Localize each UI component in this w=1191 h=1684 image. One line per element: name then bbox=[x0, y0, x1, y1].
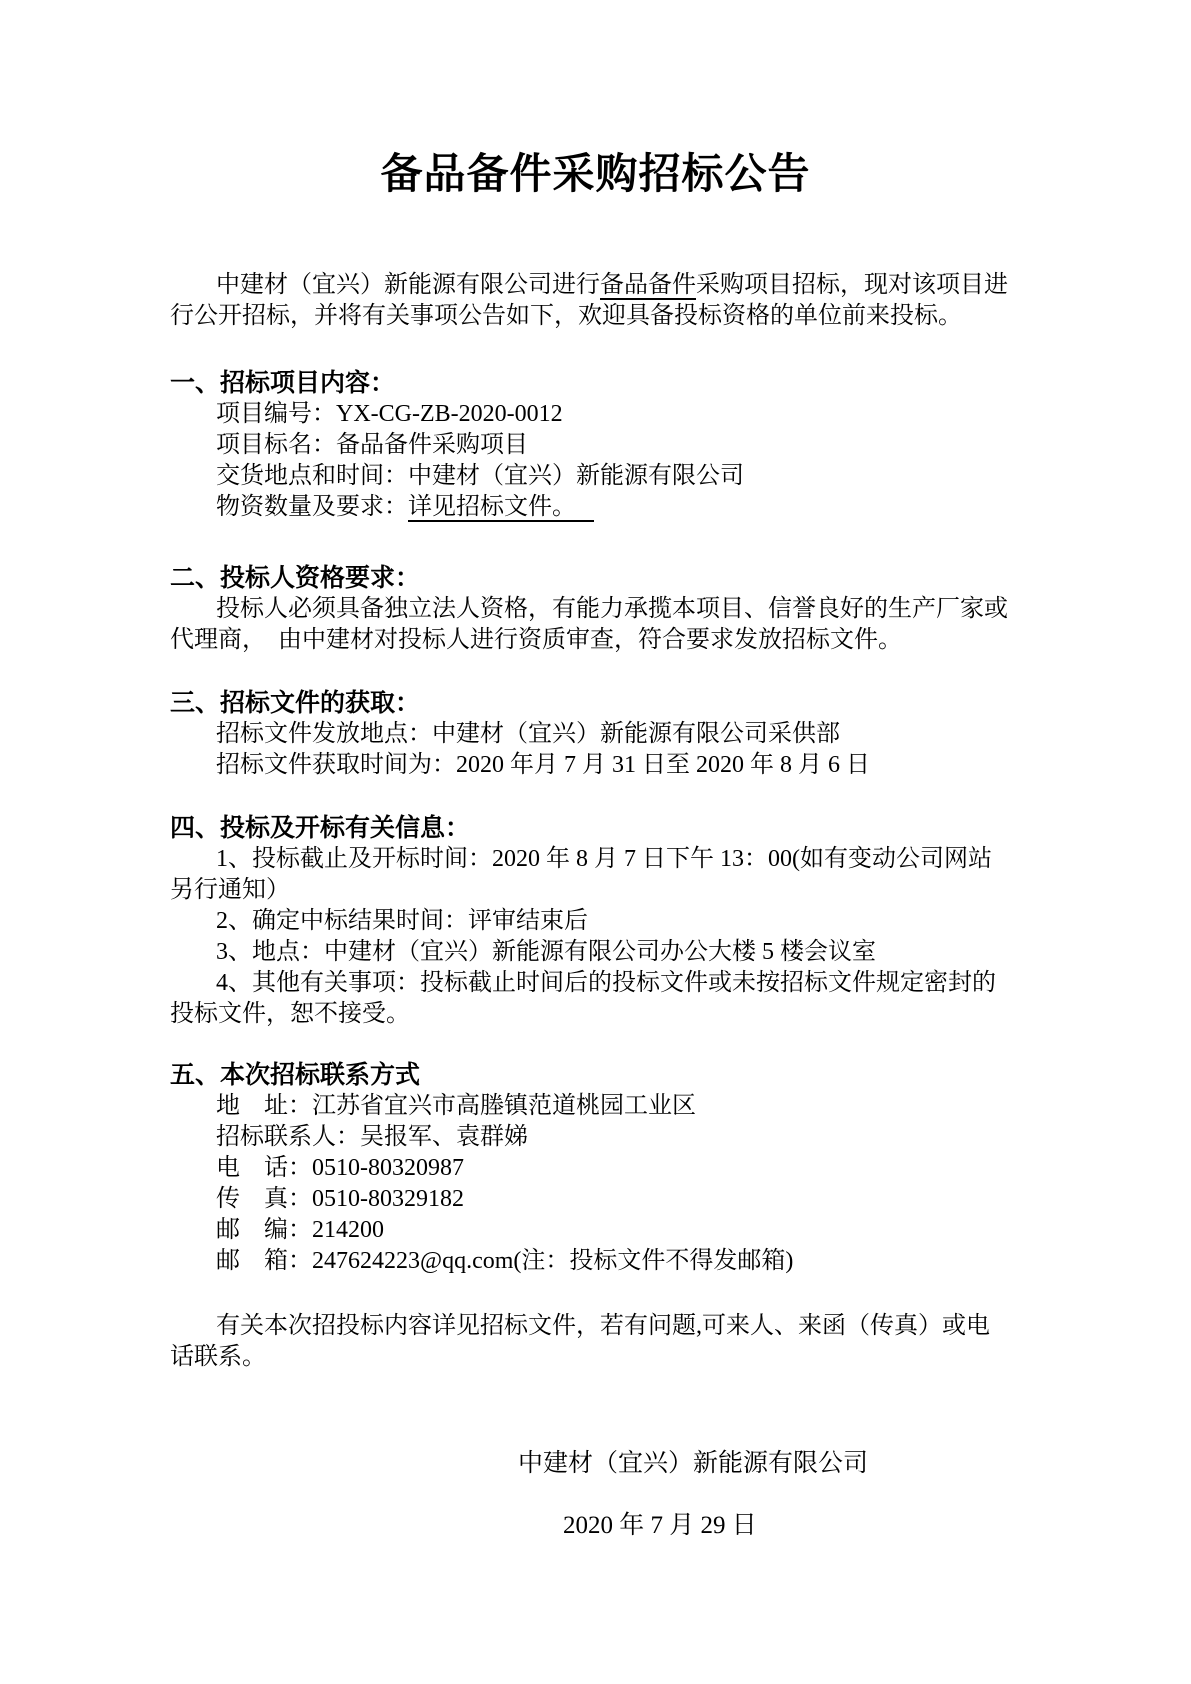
qualification-line-1: 投标人必须具备独立法人资格，有能力承揽本项目、信誉良好的生产厂家或 bbox=[170, 594, 1021, 625]
section-4-heading: 四、投标及开标有关信息： bbox=[170, 813, 1021, 844]
intro-underlined-spare-parts: 备品备件 bbox=[600, 272, 696, 300]
closing-line-2: 话联系。 bbox=[170, 1342, 1021, 1373]
other-matters-line-1: 4、其他有关事项：投标截止时间后的投标文件或未按招标文件规定密封的 bbox=[170, 968, 1021, 999]
doc-obtain-time-line: 招标文件获取时间为：2020 年月 7 月 31 日至 2020 年 8 月 6… bbox=[170, 750, 1021, 781]
location-line: 3、地点：中建材（宜兴）新能源有限公司办公大楼 5 楼会议室 bbox=[170, 937, 1021, 968]
fax-line: 传 真：0510-80329182 bbox=[170, 1184, 1021, 1215]
address-line: 地 址：江苏省宜兴市高塍镇范道桃园工业区 bbox=[170, 1091, 1021, 1122]
intro-line1-post: 采购项目招标，现对该项目进 bbox=[696, 272, 1008, 298]
intro-line1-pre: 中建材（宜兴）新能源有限公司进行 bbox=[216, 272, 600, 298]
contact-person-line: 招标联系人：吴报军、袁群娣 bbox=[170, 1122, 1021, 1153]
signature-company: 中建材（宜兴）新能源有限公司 bbox=[170, 1448, 1021, 1479]
document-page: 备品备件采购招标公告 中建材（宜兴）新能源有限公司进行备品备件采购项目招标，现对… bbox=[0, 0, 1191, 1684]
section-3-heading: 三、招标文件的获取： bbox=[170, 688, 1021, 719]
project-number-line: 项目编号：YX-CG-ZB-2020-0012 bbox=[170, 399, 1021, 430]
postcode-line: 邮 编：214200 bbox=[170, 1215, 1021, 1246]
project-name-line: 项目标名：备品备件采购项目 bbox=[170, 430, 1021, 461]
section-1-heading: 一、招标项目内容： bbox=[170, 368, 1021, 399]
closing-line-1: 有关本次招投标内容详见招标文件，若有问题,可来人、来函（传真）或电 bbox=[170, 1311, 1021, 1342]
intro-line-2: 行公开招标，并将有关事项公告如下，欢迎具备投标资格的单位前来投标。 bbox=[170, 301, 1021, 332]
materials-underlined-value: 详见招标文件。 bbox=[408, 494, 594, 522]
materials-line: 物资数量及要求：详见招标文件。 bbox=[170, 492, 1021, 523]
phone-line: 电 话：0510-80320987 bbox=[170, 1153, 1021, 1184]
qualification-line-2: 代理商， 由中建材对投标人进行资质审查，符合要求发放招标文件。 bbox=[170, 625, 1021, 656]
other-matters-line-2: 投标文件，恕不接受。 bbox=[170, 999, 1021, 1030]
email-line: 邮 箱：247624223@qq.com(注：投标文件不得发邮箱) bbox=[170, 1246, 1021, 1277]
materials-label: 物资数量及要求： bbox=[216, 494, 408, 520]
doc-distribution-line: 招标文件发放地点：中建材（宜兴）新能源有限公司采供部 bbox=[170, 719, 1021, 750]
result-time-line: 2、确定中标结果时间：评审结束后 bbox=[170, 906, 1021, 937]
intro-line-1: 中建材（宜兴）新能源有限公司进行备品备件采购项目招标，现对该项目进 bbox=[170, 270, 1021, 301]
section-2-heading: 二、投标人资格要求： bbox=[170, 563, 1021, 594]
bid-deadline-line-1: 1、投标截止及开标时间：2020 年 8 月 7 日下午 13：00(如有变动公… bbox=[170, 844, 1021, 875]
section-5-heading: 五、本次招标联系方式 bbox=[170, 1060, 1021, 1091]
delivery-line: 交货地点和时间：中建材（宜兴）新能源有限公司 bbox=[170, 461, 1021, 492]
bid-deadline-line-2: 另行通知） bbox=[170, 875, 1021, 906]
doc-title: 备品备件采购招标公告 bbox=[170, 150, 1021, 198]
signature-date: 2020 年 7 月 29 日 bbox=[170, 1510, 1021, 1541]
